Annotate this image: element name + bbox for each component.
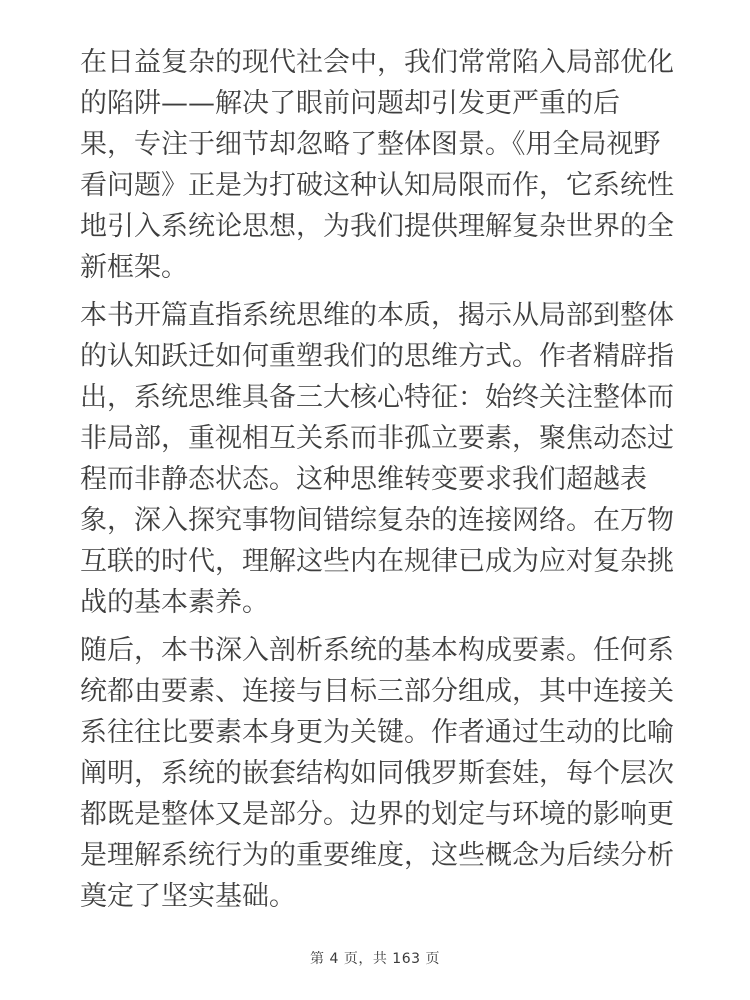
text-line: 果，专注于细节却忽略了整体图景。《用全局视野 [80, 124, 690, 165]
text-line: 新框架。 [80, 247, 690, 288]
text-line: 的陷阱——解决了眼前问题却引发更严重的后 [80, 83, 690, 124]
text-line: 统都由要素、连接与目标三部分组成，其中连接关 [80, 671, 690, 712]
page-footer: 第 4 页，共 163 页 [0, 948, 750, 968]
text-line: 随后，本书深入剖析系统的基本构成要素。任何系 [80, 630, 690, 671]
text-line: 象，深入探究事物间错综复杂的连接网络。在万物 [80, 500, 690, 541]
document-page: 在日益复杂的现代社会中，我们常常陷入局部优化的陷阱——解决了眼前问题却引发更严重… [0, 0, 750, 1000]
text-line: 非局部，重视相互关系而非孤立要素，聚焦动态过 [80, 418, 690, 459]
text-line: 本书开篇直指系统思维的本质，揭示从局部到整体 [80, 295, 690, 336]
paragraph-3: 随后，本书深入剖析系统的基本构成要素。任何系统都由要素、连接与目标三部分组成，其… [80, 630, 690, 917]
text-line: 地引入系统论思想，为我们提供理解复杂世界的全 [80, 206, 690, 247]
text-line: 战的基本素养。 [80, 582, 690, 623]
text-line: 出，系统思维具备三大核心特征：始终关注整体而 [80, 377, 690, 418]
text-line: 是理解系统行为的重要维度，这些概念为后续分析 [80, 835, 690, 876]
text-line: 的认知跃迁如何重塑我们的思维方式。作者精辟指 [80, 336, 690, 377]
text-line: 互联的时代，理解这些内在规律已成为应对复杂挑 [80, 541, 690, 582]
page-body-text: 在日益复杂的现代社会中，我们常常陷入局部优化的陷阱——解决了眼前问题却引发更严重… [80, 42, 690, 924]
paragraph-2: 本书开篇直指系统思维的本质，揭示从局部到整体的认知跃迁如何重塑我们的思维方式。作… [80, 295, 690, 623]
page-number-indicator: 第 4 页，共 163 页 [310, 951, 440, 967]
text-line: 都既是整体又是部分。边界的划定与环境的影响更 [80, 794, 690, 835]
paragraph-1: 在日益复杂的现代社会中，我们常常陷入局部优化的陷阱——解决了眼前问题却引发更严重… [80, 42, 690, 288]
text-line: 程而非静态状态。这种思维转变要求我们超越表 [80, 459, 690, 500]
text-line: 奠定了坚实基础。 [80, 876, 690, 917]
text-line: 在日益复杂的现代社会中，我们常常陷入局部优化 [80, 42, 690, 83]
text-line: 阐明，系统的嵌套结构如同俄罗斯套娃，每个层次 [80, 753, 690, 794]
text-line: 系往往比要素本身更为关键。作者通过生动的比喻 [80, 712, 690, 753]
text-line: 看问题》正是为打破这种认知局限而作，它系统性 [80, 165, 690, 206]
